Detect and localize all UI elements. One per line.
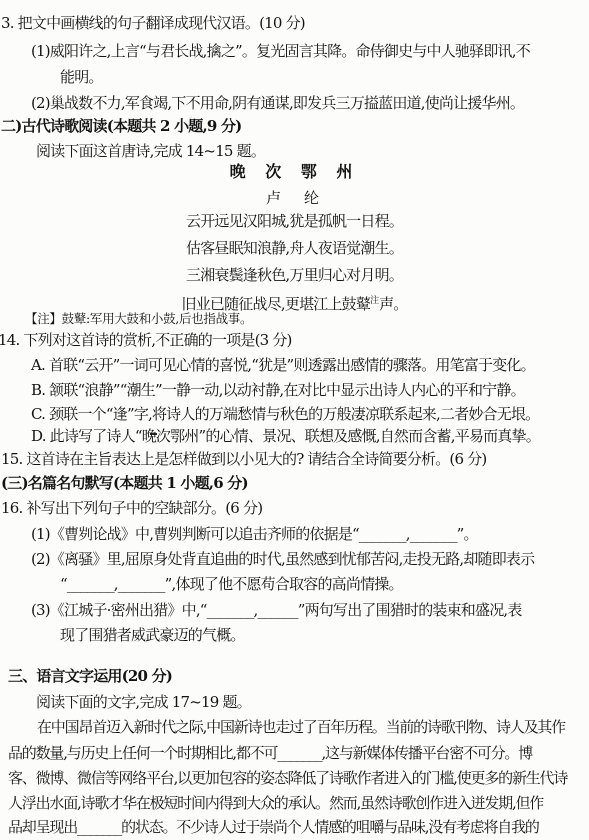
passage-line-3: 客、微博、微信等网络平台,以更加包容的姿态降低了诗歌作者进入的门槛,使更多的新生… (8, 768, 567, 788)
q13-item1-cont: 能明。 (60, 67, 103, 87)
q16-item2: (2)《离骚》里,屈原身处背直追曲的时代,虽然感到忧郁苦闷,走投无路,却随即表示 (31, 549, 534, 569)
poem-note: 【注】鼓鼙:军用大鼓和小鼓,后也指战事。 (25, 309, 252, 329)
q15-stem: 15. 这首诗在主旨表达上是怎样做到以小见大的? 请结合全诗简要分析。(6 分) (1, 449, 486, 469)
poem-line-3: 三湘衰鬓逢秋色,万里归心对月明。 (0, 265, 589, 285)
q13-item2: (2)巢战数不力,军食竭,下不用命,阴有通谋,即发兵三万搤蓝田道,使尚让援华州。 (31, 93, 524, 113)
poem-line-1: 云开远见汉阳城,犹是孤帆一日程。 (0, 211, 589, 231)
q13-item1: (1)威阳许之,上言“与君长战,擒之”。复光固言其降。命侍御史与中人驰驿即讯,不 (31, 41, 530, 61)
passage-line-1: 在中国昂首迈入新时代之际,中国新诗也走过了百年历程。当前的诗歌刊物、诗人及其作 (37, 717, 565, 737)
q16-item3-cont: 现了围猎者威武豪迈的气概。 (60, 625, 245, 645)
section-poetry-heading: 二)古代诗歌阅读(本题共 2 小题,9 分) (1, 116, 241, 136)
poem-author: 卢 纶 (0, 188, 589, 208)
passage-line-2: 品的数量,与历史上任何一个时期相比,都不可_______,这与新媒体传播平台密不… (8, 743, 532, 763)
q16-item3: (3)《江城子·密州出猎》中,“_______,______”两句写出了围猎时的… (31, 600, 522, 620)
section-dictation-heading: (三)名篇名句默写(本题共 1 小题,6 分) (1, 473, 248, 493)
passage-line-5: 品却呈现出_______的状态。不少诗人过于崇尚个人情感的咀嚼与品味,没有考虑将… (8, 817, 539, 837)
poem-line-4-tail: 声。 (379, 295, 407, 313)
exam-page: 3. 把文中画横线的句子翻译成现代汉语。(10 分) (1)威阳许之,上言“与君… (0, 0, 589, 840)
q14-stem: 14. 下列对这首诗的赏析,不正确的一项是(3 分) (0, 330, 292, 350)
section-language-heading: 三、语言文字运用(20 分) (8, 666, 172, 686)
q16-stem: 16. 补写出下列句子中的空缺部分。(6 分) (1, 498, 262, 518)
passage-line-4: 人浮出水面,诗歌才华在极短时间内得到大众的承认。然而,虽然诗歌创作进入迸发期,但… (8, 793, 543, 813)
q16-item1: (1)《曹刿论战》中,曹刿判断可以追击齐师的依据是“_______,______… (31, 524, 478, 544)
poem-line-2: 估客昼眠知浪静,舟人夜语觉潮生。 (0, 238, 589, 258)
q14-option-c: C. 颈联一个“逢”字,将诗人的万端愁情与秋色的万般凄凉联系起来,二者妙合无垠。 (31, 404, 539, 424)
poem-title: 晚 次 鄂 州 (0, 162, 589, 182)
note-marker: 注 (370, 296, 379, 306)
q14-option-a: A. 首联“云开”一词可见心情的喜悦,“犹是”则透露出感情的骤落。用笔富于变化。 (31, 355, 535, 375)
section-language-intro: 阅读下面的文字,完成 17~19 题。 (36, 692, 251, 712)
q14-option-b: B. 颔联“浪静”“潮生”一静一动,以动衬静,在对比中显示出诗人内心的平和宁静。 (31, 380, 525, 400)
section-poetry-intro: 阅读下面这首唐诗,完成 14~15 题。 (36, 141, 265, 161)
q13-stem: 3. 把文中画横线的句子翻译成现代汉语。(10 分) (1, 13, 305, 33)
q14-option-d: D. 此诗写了诗人“晚次鄂州”的心情、景况、联想及感慨,自然而含蓄,平易而真挚。 (31, 426, 540, 446)
q16-item2-cont: “_______,_______”,体现了他不愿苟合取容的高尚情操。 (60, 574, 403, 594)
